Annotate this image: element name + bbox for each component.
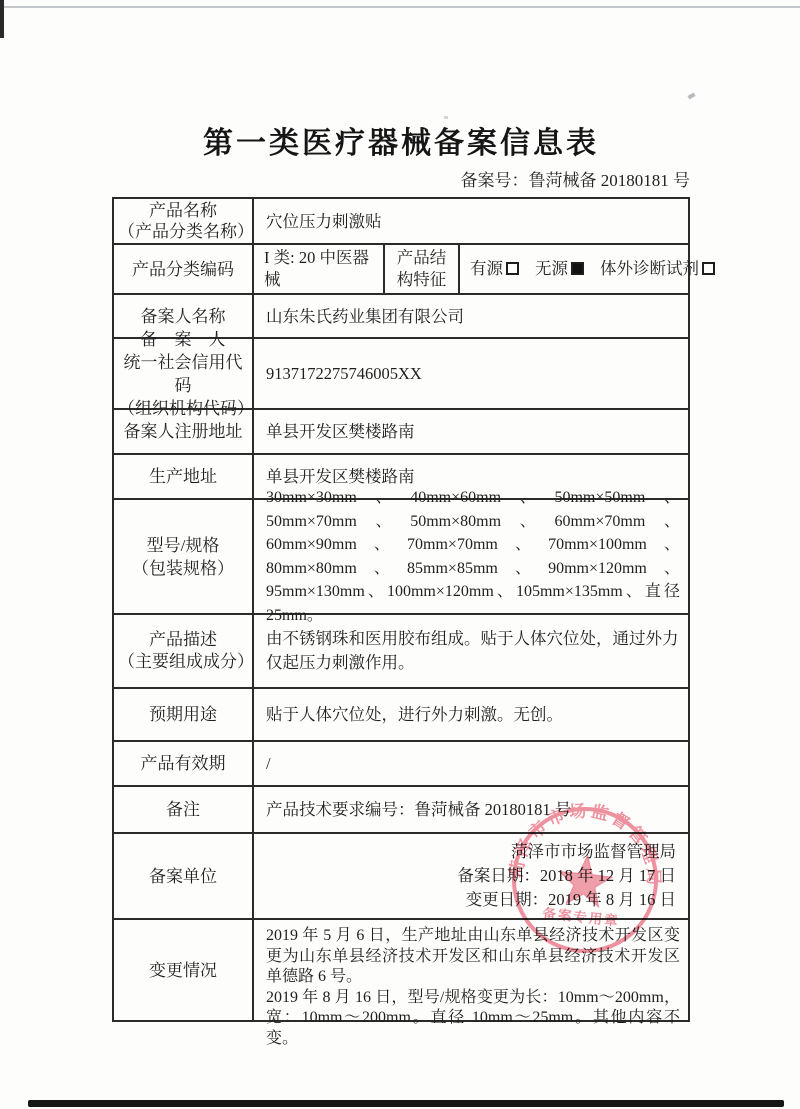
checkbox-ivd-unchecked: [702, 262, 715, 275]
row-label: 产品名称 （产品分类名称）: [114, 199, 254, 243]
table-row-intended-use: 预期用途 贴于人体穴位处，进行外力刺激。无创。: [114, 689, 688, 742]
table-row-change-history: 变更情况 2019 年 5 月 6 日，生产地址由山东单县经济技术开发区变更为山…: [114, 920, 688, 1020]
row-label-line: （产品分类名称）: [118, 221, 248, 242]
remarks-value: 产品技术要求编号：鲁菏械备 20180181 号: [254, 787, 688, 832]
table-row-classification-code: 产品分类编码 I 类: 20 中医器械 产品结构特征 有源 无源 体外诊断试剂: [114, 245, 688, 295]
row-label-line: 备 案 人: [141, 328, 226, 351]
table-row-product-description: 产品描述 （主要组成成分） 由不锈钢珠和医用胶布组成。贴于人体穴位处，通过外力仅…: [114, 615, 688, 689]
row-label: 产品描述 （主要组成成分）: [114, 615, 254, 687]
registered-address-value: 单县开发区樊楼路南: [254, 410, 688, 453]
table-row-registered-address: 备案人注册地址 单县开发区樊楼路南: [114, 410, 688, 455]
row-label-line: 型号/规格: [147, 534, 220, 557]
row-label: 产品有效期: [114, 742, 254, 785]
row-label-line: 产品名称: [149, 200, 217, 221]
table-row-registration-authority: 备案单位 菏泽市市场监督管理局 备案日期：2018 年 12 月 17 日 变更…: [114, 834, 688, 920]
page-title: 第一类医疗器械备案信息表: [112, 118, 690, 162]
registration-authority-value: 菏泽市市场监督管理局 备案日期：2018 年 12 月 17 日 变更日期：20…: [254, 834, 688, 918]
row-label-line: 统一社会信用代码: [118, 351, 248, 397]
table-row-model-spec: 型号/规格 （包装规格） 30mm×30mm、40mm×60mm、50mm×50…: [114, 500, 688, 615]
authority-name: 菏泽市市场监督管理局: [266, 840, 676, 864]
model-spec-text: 30mm×30mm、40mm×60mm、50mm×50mm、50mm×70mm、…: [266, 486, 680, 627]
product-description-value: 由不锈钢珠和医用胶布组成。贴于人体穴位处，通过外力仅起压力刺激作用。: [254, 615, 688, 687]
registrant-name-value: 山东朱氏药业集团有限公司: [254, 295, 688, 337]
row-label: 备案单位: [114, 834, 254, 918]
row-label-line: （主要组成成分）: [118, 651, 248, 673]
credit-code-value: 9137172275746005XX: [254, 339, 688, 408]
model-spec-value: 30mm×30mm、40mm×60mm、50mm×50mm、50mm×70mm、…: [254, 500, 688, 613]
table-row-credit-code: 备 案 人 统一社会信用代码 （组织机构代码） 9137172275746005…: [114, 339, 688, 410]
validity-value: /: [254, 742, 688, 785]
row-label-line: （包装规格）: [132, 557, 234, 580]
table-row-product-name: 产品名称 （产品分类名称） 穴位压力刺激贴: [114, 199, 688, 245]
scan-artifact-top-line: [0, 6, 800, 8]
change-history-paragraph: 2019 年 5 月 6 日，生产地址由山东单县经济技术开发区变更为山东单县经济…: [266, 926, 680, 988]
structure-feature-options: 有源 无源 体外诊断试剂: [460, 245, 721, 293]
checkbox-passive-checked: [571, 262, 584, 275]
option-passive: 无源: [535, 258, 584, 280]
change-history-paragraph: 2019 年 8 月 16 日，型号/规格变更为长：10mm～200mm，宽：1…: [266, 988, 680, 1050]
option-label: 有源: [470, 259, 503, 278]
authority-lines: 菏泽市市场监督管理局 备案日期：2018 年 12 月 17 日 变更日期：20…: [266, 840, 680, 912]
scan-artifact-speck: [687, 93, 695, 100]
row-label: 型号/规格 （包装规格）: [114, 500, 254, 613]
row-label: 预期用途: [114, 689, 254, 740]
registration-date: 备案日期：2018 年 12 月 17 日: [266, 864, 676, 888]
scan-artifact-left-edge: [0, 0, 4, 38]
scan-artifact-bottom-strip: [28, 1100, 784, 1107]
option-active: 有源: [470, 258, 519, 280]
change-date: 变更日期：2019 年 8 月 16 日: [266, 888, 676, 912]
row-label: 备注: [114, 787, 254, 832]
product-name-value: 穴位压力刺激贴: [254, 199, 688, 243]
option-ivd: 体外诊断试剂: [600, 258, 715, 280]
row-label: 变更情况: [114, 920, 254, 1020]
registration-form-table: 产品名称 （产品分类名称） 穴位压力刺激贴 产品分类编码 I 类: 20 中医器…: [112, 197, 690, 1022]
change-history-value: 2019 年 5 月 6 日，生产地址由山东单县经济技术开发区变更为山东单县经济…: [254, 920, 688, 1020]
structure-feature-label: 产品结构特征: [385, 245, 460, 293]
table-row-validity: 产品有效期 /: [114, 742, 688, 787]
classification-code-value: I 类: 20 中医器械: [254, 245, 385, 293]
table-row-remarks: 备注 产品技术要求编号：鲁菏械备 20180181 号: [114, 787, 688, 834]
row-label: 产品分类编码: [114, 245, 254, 293]
record-number: 备案号：鲁菏械备 20180181 号: [112, 166, 690, 191]
intended-use-value: 贴于人体穴位处，进行外力刺激。无创。: [254, 689, 688, 740]
row-label: 生产地址: [114, 455, 254, 498]
option-label: 无源: [535, 259, 568, 278]
checkbox-active-unchecked: [506, 262, 519, 275]
row-label-line: 产品描述: [149, 629, 217, 651]
option-label: 体外诊断试剂: [600, 259, 699, 278]
row-label: 备 案 人 统一社会信用代码 （组织机构代码）: [114, 339, 254, 408]
row-label: 备案人注册地址: [114, 410, 254, 453]
